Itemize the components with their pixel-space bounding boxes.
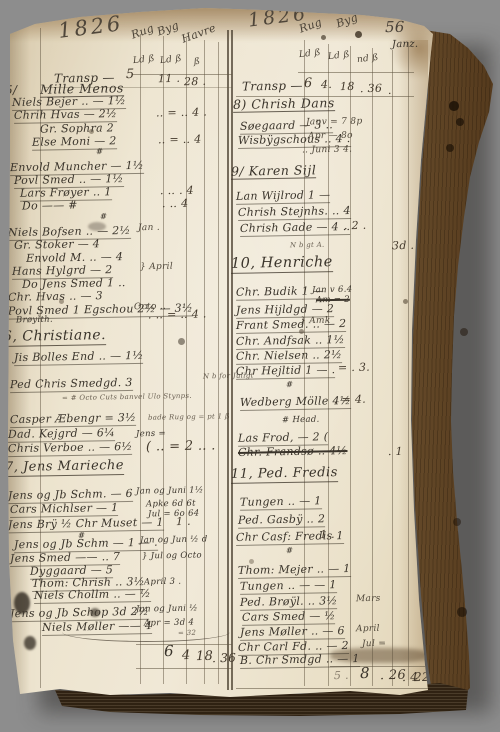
month-note-struck: Am = 2 — [316, 296, 350, 306]
hash-mark: # — [100, 213, 108, 222]
margin-note: = 32 — [178, 630, 196, 638]
hash-mark: # — [96, 148, 104, 157]
entry-row: Thom: Mejer ‥ — 1 — [238, 563, 351, 579]
month-note: } Amk — [300, 317, 331, 327]
entry-row: Jis Bolles End ‥ — 1½ — [14, 350, 144, 366]
entry-row: Chr Hejltid 1 — . — [236, 364, 336, 379]
ruled-line-horizontal — [136, 644, 232, 645]
section-heading-7: 7, Jens Marieche — [5, 459, 124, 477]
unit-header: Ld ß — [160, 55, 183, 67]
month-note: Jul = — [362, 640, 386, 650]
total-value: 4 — [182, 649, 191, 663]
ink-blot — [24, 636, 36, 650]
page-number: 56 — [385, 20, 405, 36]
entry-value: ( ‥ = 2 ‥ . — [146, 439, 216, 454]
section-heading-11: 11, Ped. Fredis — [231, 466, 338, 484]
total-value: 6 — [164, 644, 174, 660]
transport-value: 11 . — [158, 73, 180, 85]
month-note: Apr = 3d 4 — [144, 619, 194, 629]
transport-value: 5 — [126, 68, 135, 82]
entry-value: ‥ = ‥ 4 — [158, 134, 202, 146]
transport-value: . 36 — [360, 83, 382, 95]
entry-row: Niels Chollm ‥ — ½ — [34, 588, 151, 604]
entry-row: Brøylth. — [16, 316, 53, 326]
ruled-line-vertical — [227, 30, 229, 690]
entry-row: Tungen ‥ — 1 — [240, 495, 322, 510]
entry-value: . ‥ = ‥ 4 . — [148, 308, 207, 321]
entry-row: Tungen ‥ — — 1 — [240, 579, 337, 594]
margin-note: N b gt A. — [290, 242, 325, 250]
entry-row: Chr. Andfsak ‥ 1½ — [236, 334, 345, 349]
total-value: 8 — [360, 666, 370, 682]
section-heading-9: 9/ Karen Sijl — [231, 163, 317, 180]
transport-value: 28 . — [184, 76, 206, 88]
entry-value: = . 3. — [338, 362, 370, 374]
entry-row: Niels Møller —— 4 — [42, 620, 152, 635]
entry-row: Cars Smed — ½ — [242, 610, 336, 625]
ruled-line-vertical — [218, 42, 219, 684]
entry-row: Cars Michlser — 1 — [10, 502, 119, 517]
month-note: Mars — [356, 595, 381, 605]
entry-row: Jens Brÿ ½ Chr Muset — 1 — [8, 517, 164, 533]
ruled-line-horizontal — [136, 668, 232, 669]
ruled-line-vertical — [392, 50, 393, 686]
entry-value: . 1 — [388, 446, 403, 458]
entry-row: Ped. Brøÿl. ‥ 3½ — [240, 595, 338, 610]
month-note: Jan . — [138, 224, 160, 234]
transport-value: 6 — [304, 77, 313, 91]
ruled-line-vertical — [231, 30, 233, 690]
entry-value: 1 . — [176, 516, 191, 528]
total-value: 5 . — [334, 670, 349, 682]
entry-row: Casper Æbengr = 3½ — [10, 412, 136, 428]
page-note: Janz. — [392, 40, 419, 51]
entry-row: = # Octo Cuts banvel Ulo Stynps. — [62, 393, 192, 403]
month-note: April 3 . — [144, 578, 181, 588]
entry-value: 1 . — [320, 529, 335, 541]
entry-row: Lan Wijlrod 1 — — [236, 189, 331, 204]
ruled-line-horizontal — [298, 72, 414, 73]
unit-header: nd ß — [357, 54, 380, 66]
transport-value: . — [388, 85, 392, 97]
entry-row: Gr. Sophra 2 — [40, 122, 114, 135]
unit-header: Ld ß — [328, 51, 351, 63]
fore-edge-ink-spots — [0, 0, 4, 4]
ruled-line-vertical — [408, 42, 409, 686]
entry-value: . ‥ . 4 — [160, 185, 194, 197]
entry-value: ‥ = ‥ 4 . — [156, 107, 207, 119]
section-heading-10: 10, Henriche — [231, 255, 333, 274]
ruled-line-horizontal — [132, 74, 232, 75]
unit-header: Ld ß — [133, 55, 156, 67]
entry-row: Chr. Hvas ‥ — 3 — [8, 290, 103, 303]
transport-label-right: Transp — — [242, 79, 303, 93]
entry-row: Do —— # — [22, 200, 78, 213]
entry-value: . 2 . — [344, 220, 367, 232]
entry-row: B. Chr Smdgd ‥ — 1 — [240, 653, 360, 669]
month-note: Jan og Juni ½ — [136, 604, 198, 614]
entry-value: 3d . — [392, 240, 414, 252]
margin-note: # Head. — [282, 416, 320, 426]
entry-value: . ‥ 4 — [162, 198, 189, 210]
entry-row: Else Moni — 2 — [32, 135, 117, 150]
month-note: } April — [140, 263, 173, 273]
month-note: Jul = 6o 64 — [148, 510, 200, 520]
entry-row-struck: Chr. Frandsø ‥ 4½ — [238, 445, 348, 458]
transport-value: 4. — [321, 79, 332, 91]
entry-row: Chr. Nielsen ‥ 2½ — [236, 349, 342, 364]
month-note: Jan og Juni 1½ — [136, 486, 204, 496]
unit-header: ß — [194, 58, 201, 68]
entry-row: Ped. Gasbÿ ‥ 2 — [238, 513, 325, 528]
total-value: . 36 — [212, 652, 236, 665]
unit-header: Ld ß — [299, 49, 322, 61]
ruled-line-vertical — [372, 48, 373, 686]
ruled-line-horizontal — [236, 688, 430, 689]
section-heading-8: 8) Chrish Dans — [233, 96, 335, 113]
margin-note: Jens = — [136, 430, 166, 439]
margin-note: bade Rug og = pt 1 ß — [148, 413, 230, 422]
section-heading-6: 6, Christiane. — [3, 328, 106, 346]
ruled-line-vertical — [204, 40, 205, 684]
hash-mark: # — [286, 547, 294, 556]
entry-row: Jens Møller ‥ — 6 — [240, 625, 345, 640]
transport-value: 18 — [340, 81, 355, 93]
month-note: ‥ Juni 3 4. — [302, 146, 352, 156]
hash-mark: # — [286, 381, 294, 390]
entry-row: Chris Verboe ‥ — 6½ — [8, 441, 133, 457]
total-value: 18 — [196, 650, 213, 664]
entry-row: Chrish Gade — 4 ‥ — [240, 221, 351, 236]
entry-row: Do Jens Smed 1 ‥ — [22, 277, 126, 290]
entry-value: . = 4. — [334, 394, 366, 406]
month-note: Jan og Jun ½ d — [140, 535, 208, 545]
entry-row: Ped Chris Smedgd. 3 — [10, 377, 133, 393]
month-note: } Jul og Octo — [142, 551, 202, 561]
month-note: April — [356, 625, 380, 635]
month-note: Apr — 8o — [308, 132, 353, 142]
month-note: Janv = 7 8p — [306, 118, 363, 128]
entry-row: Gr. Stoker — 4 — [14, 238, 100, 251]
section-number-5: 5/ — [5, 84, 17, 97]
ledger-photo: 1826 Rug Byg Havre Ld ß Ld ß ß Transp — … — [0, 0, 500, 732]
entry-row: Chrish Stejnhs. ‥ 4 — [238, 205, 351, 221]
